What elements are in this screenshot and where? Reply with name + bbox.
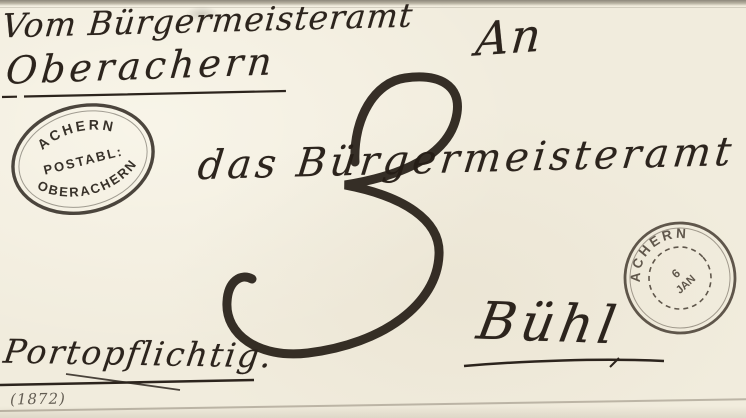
sender-line1: Vom Bürgermeisteramt bbox=[0, 0, 415, 45]
envelope-scan: Vom Bürgermeisteramt Oberachern ACHERN P… bbox=[0, 0, 746, 418]
datestamp-day: 6 bbox=[669, 266, 684, 281]
year-annotation: (1872) bbox=[10, 390, 66, 409]
oval-postmark: ACHERN POSTABL: OBERACHERN bbox=[0, 81, 173, 237]
franking-note: Portopflichtig. bbox=[1, 332, 276, 376]
recipient-salutation: An bbox=[474, 7, 545, 66]
postage-due-3: 3 bbox=[205, 58, 467, 368]
recipient-town: Bühl bbox=[473, 292, 625, 357]
paper-bottom-shade bbox=[0, 406, 746, 418]
town-underline bbox=[462, 354, 670, 372]
